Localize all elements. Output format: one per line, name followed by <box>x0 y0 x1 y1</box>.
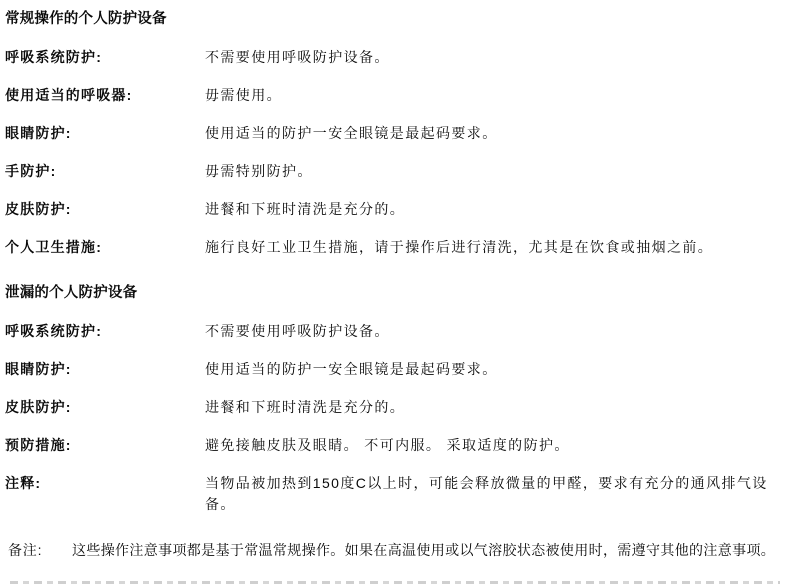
field-row-respiratory-leak: 呼吸系统防护: 不需要使用呼吸防护设备。 <box>5 321 780 342</box>
field-value: 当物品被加热到150度C以上时，可能会释放微量的甲醛，要求有充分的通风排气设备。 <box>205 473 773 515</box>
remark-row: 备注: 这些操作注意事项都是基于常温常规操作。如果在高温使用或以气溶胶状态被使用… <box>5 540 780 561</box>
field-label: 注释: <box>5 473 205 515</box>
field-value: 施行良好工业卫生措施，请于操作后进行清洗，尤其是在饮食或抽烟之前。 <box>205 237 773 258</box>
field-value: 避免接触皮肤及眼睛。 不可内服。 采取适度的防护。 <box>205 435 773 456</box>
field-value: 使用适当的防护一安全眼镜是最起码要求。 <box>205 123 773 144</box>
field-row-precautions: 预防措施: 避免接触皮肤及眼睛。 不可内服。 采取适度的防护。 <box>5 435 780 456</box>
field-value: 进餐和下班时清洗是充分的。 <box>205 199 773 220</box>
field-value: 毋需特别防护。 <box>205 161 773 182</box>
cropped-next-line-artifact <box>10 581 780 584</box>
field-label: 预防措施: <box>5 435 205 456</box>
field-value: 进餐和下班时清洗是充分的。 <box>205 397 773 418</box>
field-row-hand-protection: 手防护: 毋需特别防护。 <box>5 161 780 182</box>
field-row-personal-hygiene: 个人卫生措施: 施行良好工业卫生措施，请于操作后进行清洗，尤其是在饮食或抽烟之前… <box>5 237 780 258</box>
section-title-routine-operation: 常规操作的个人防护设备 <box>5 9 780 30</box>
field-row-skin-protection-leak: 皮肤防护: 进餐和下班时清洗是充分的。 <box>5 397 780 418</box>
field-value: 不需要使用呼吸防护设备。 <box>205 47 773 68</box>
field-label: 手防护: <box>5 161 205 182</box>
field-label: 皮肤防护: <box>5 199 205 220</box>
field-label: 眼睛防护: <box>5 359 205 380</box>
section-title-leakage: 泄漏的个人防护设备 <box>5 283 780 304</box>
field-label: 眼睛防护: <box>5 123 205 144</box>
field-row-respirator: 使用适当的呼吸器: 毋需使用。 <box>5 85 780 106</box>
remark-text: 这些操作注意事项都是基于常温常规操作。如果在高温使用或以气溶胶状态被使用时，需遵… <box>72 540 780 561</box>
field-label: 使用适当的呼吸器: <box>5 85 205 106</box>
field-value: 毋需使用。 <box>205 85 773 106</box>
ppe-document: 常规操作的个人防护设备 呼吸系统防护: 不需要使用呼吸防护设备。 使用适当的呼吸… <box>0 0 790 586</box>
field-label: 呼吸系统防护: <box>5 321 205 342</box>
field-row-eye-protection-leak: 眼睛防护: 使用适当的防护一安全眼镜是最起码要求。 <box>5 359 780 380</box>
field-row-respiratory: 呼吸系统防护: 不需要使用呼吸防护设备。 <box>5 47 780 68</box>
field-row-notes: 注释: 当物品被加热到150度C以上时，可能会释放微量的甲醛，要求有充分的通风排… <box>5 473 780 515</box>
field-label: 皮肤防护: <box>5 397 205 418</box>
field-label: 个人卫生措施: <box>5 237 205 258</box>
field-value: 使用适当的防护一安全眼镜是最起码要求。 <box>205 359 773 380</box>
remark-label: 备注: <box>5 540 72 561</box>
field-row-eye-protection: 眼睛防护: 使用适当的防护一安全眼镜是最起码要求。 <box>5 123 780 144</box>
field-value: 不需要使用呼吸防护设备。 <box>205 321 773 342</box>
field-label: 呼吸系统防护: <box>5 47 205 68</box>
field-row-skin-protection: 皮肤防护: 进餐和下班时清洗是充分的。 <box>5 199 780 220</box>
